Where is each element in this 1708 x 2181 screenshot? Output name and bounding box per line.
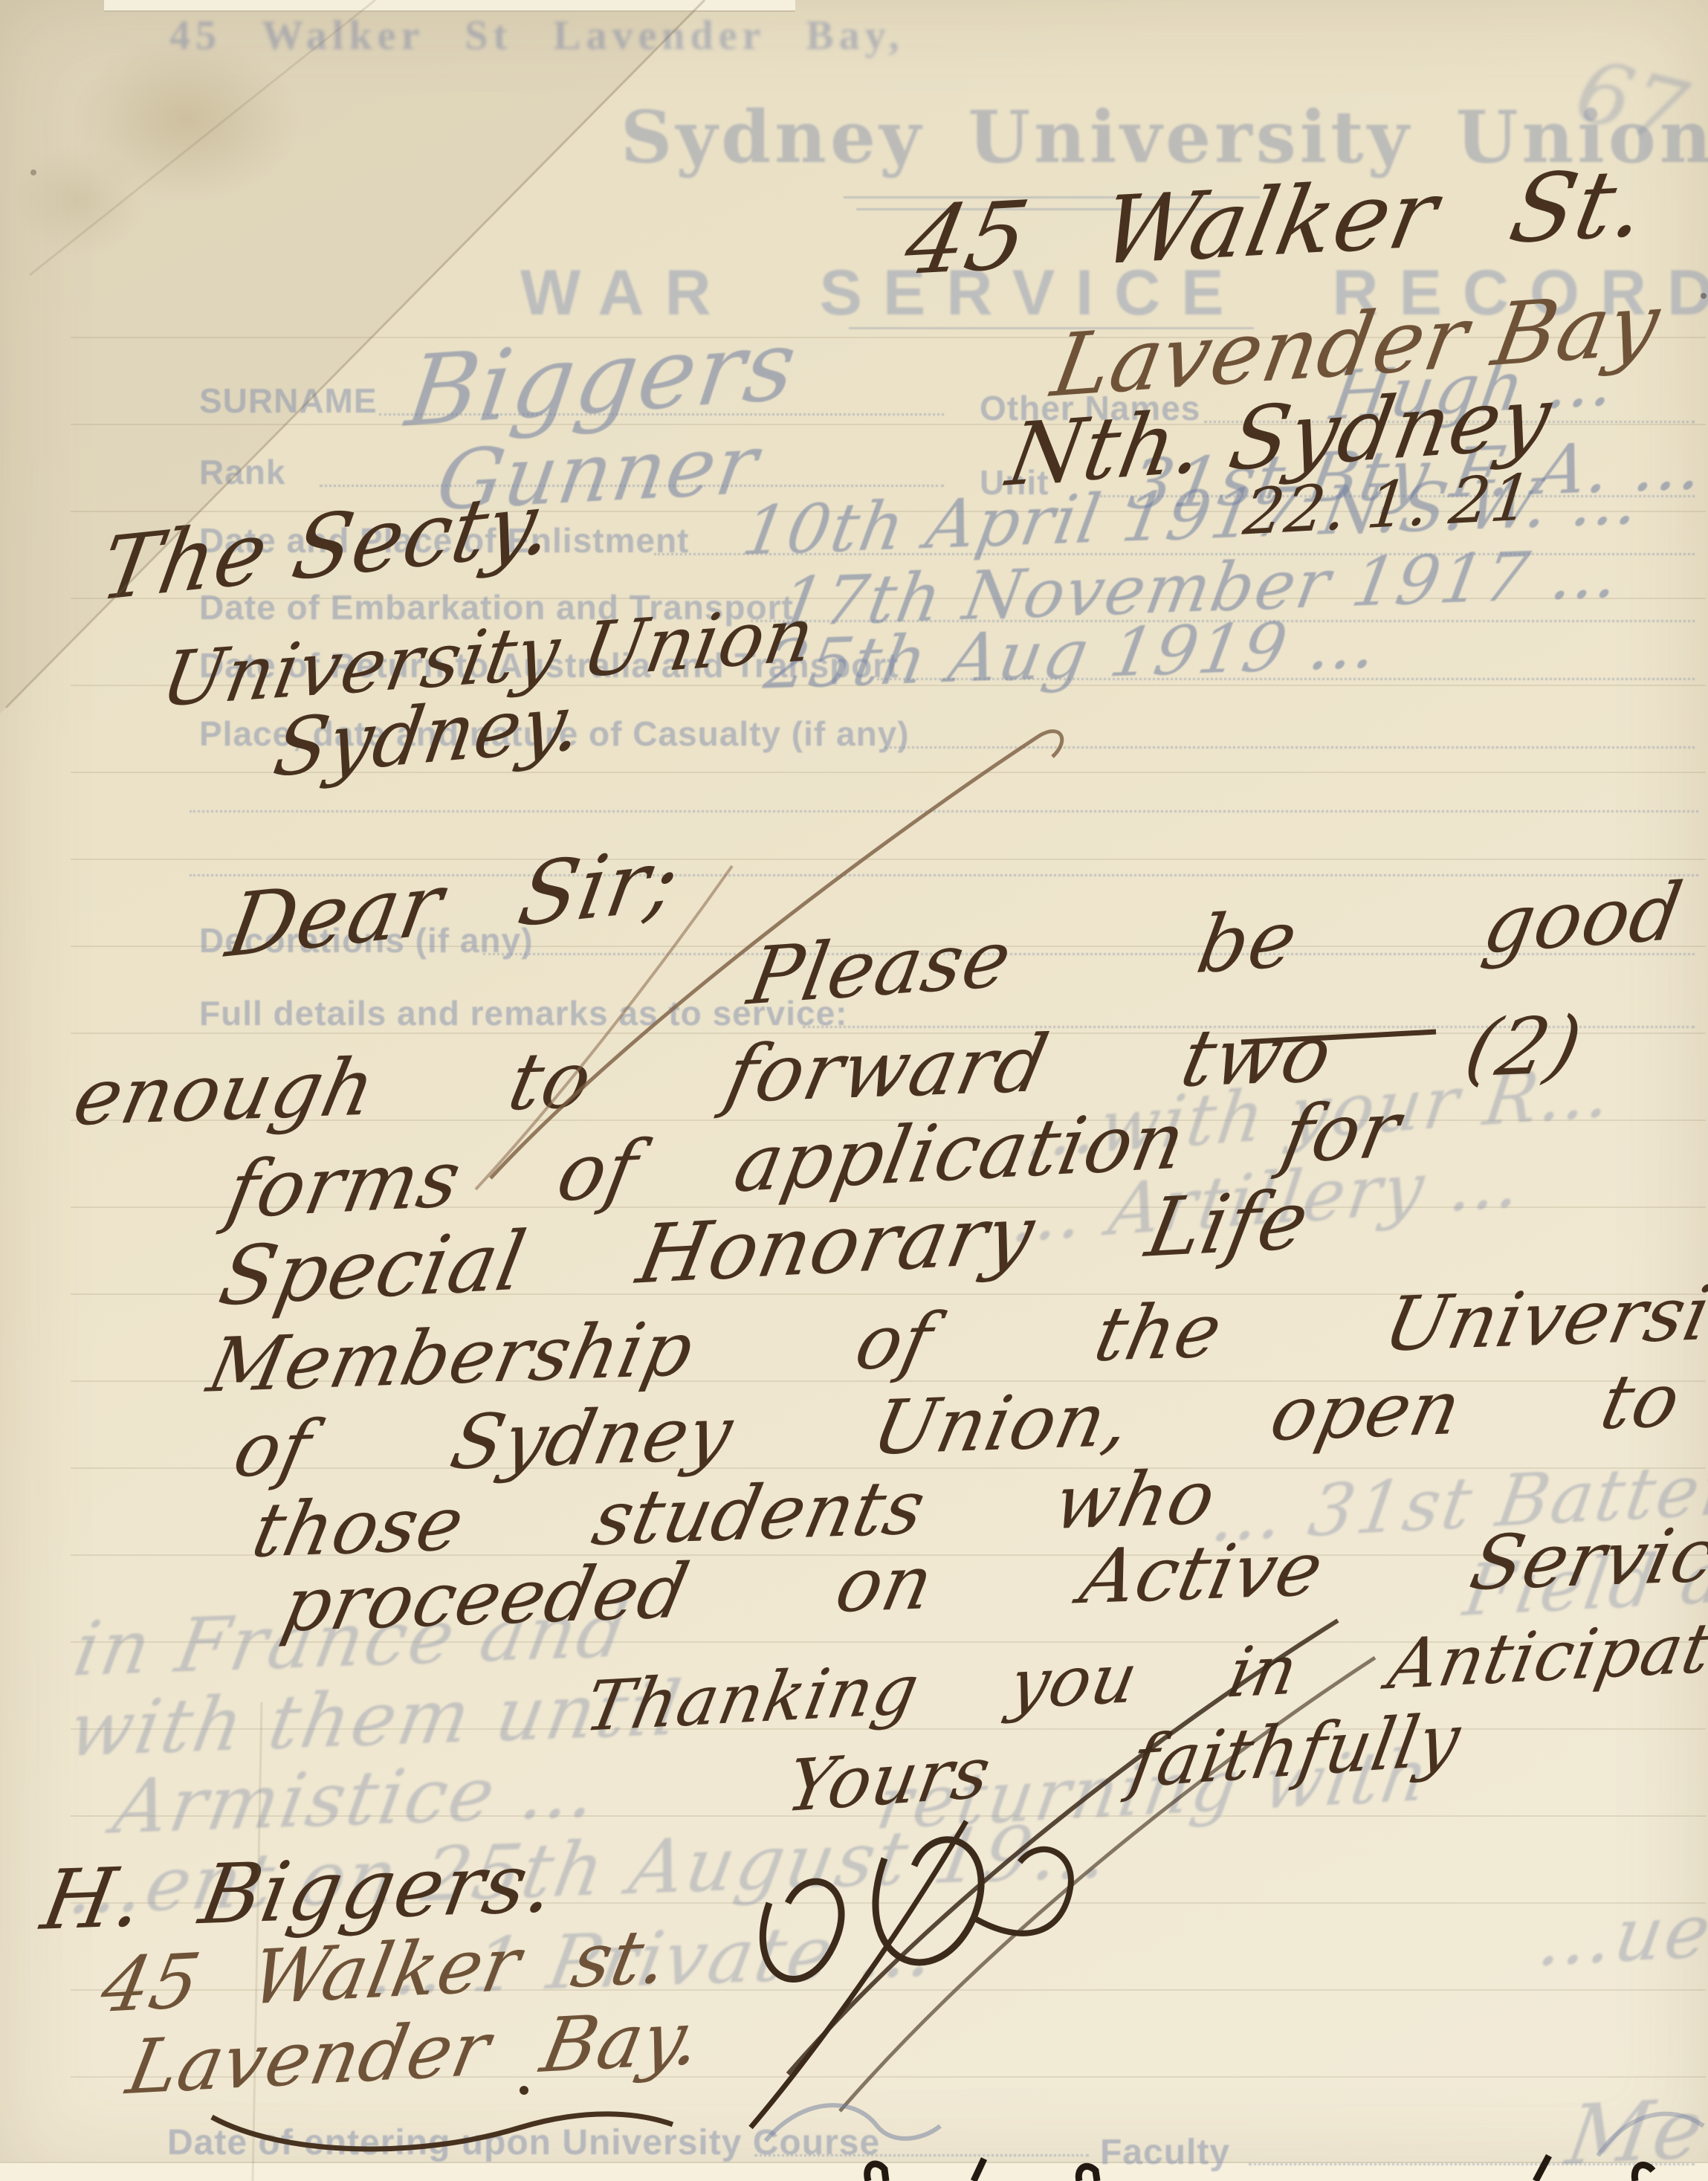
stain-small	[11, 145, 145, 256]
field-label-rank: Rank	[199, 452, 285, 492]
dotted-row	[190, 810, 1698, 812]
torn-top-edge	[104, 0, 795, 12]
ink-date-line: 22. 1. 21	[1240, 461, 1536, 550]
offset-transfer-text: 45 Walker St Lavender Bay,	[169, 12, 905, 59]
dotted-leader	[754, 2154, 1089, 2156]
field-label-course: Date of entering upon University Course	[167, 2122, 880, 2163]
scanned-letter-page: 45 Walker St Lavender Bay, 67 Sydney Uni…	[0, 0, 1708, 2181]
dotted-leader	[884, 746, 1695, 749]
ghost-fragment: Me…	[1561, 2075, 1708, 2181]
ghost-fragment: …ues	[1532, 1884, 1708, 1983]
field-label-surname: SURNAME	[199, 381, 378, 421]
field-label-faculty: Faculty	[1100, 2132, 1230, 2173]
